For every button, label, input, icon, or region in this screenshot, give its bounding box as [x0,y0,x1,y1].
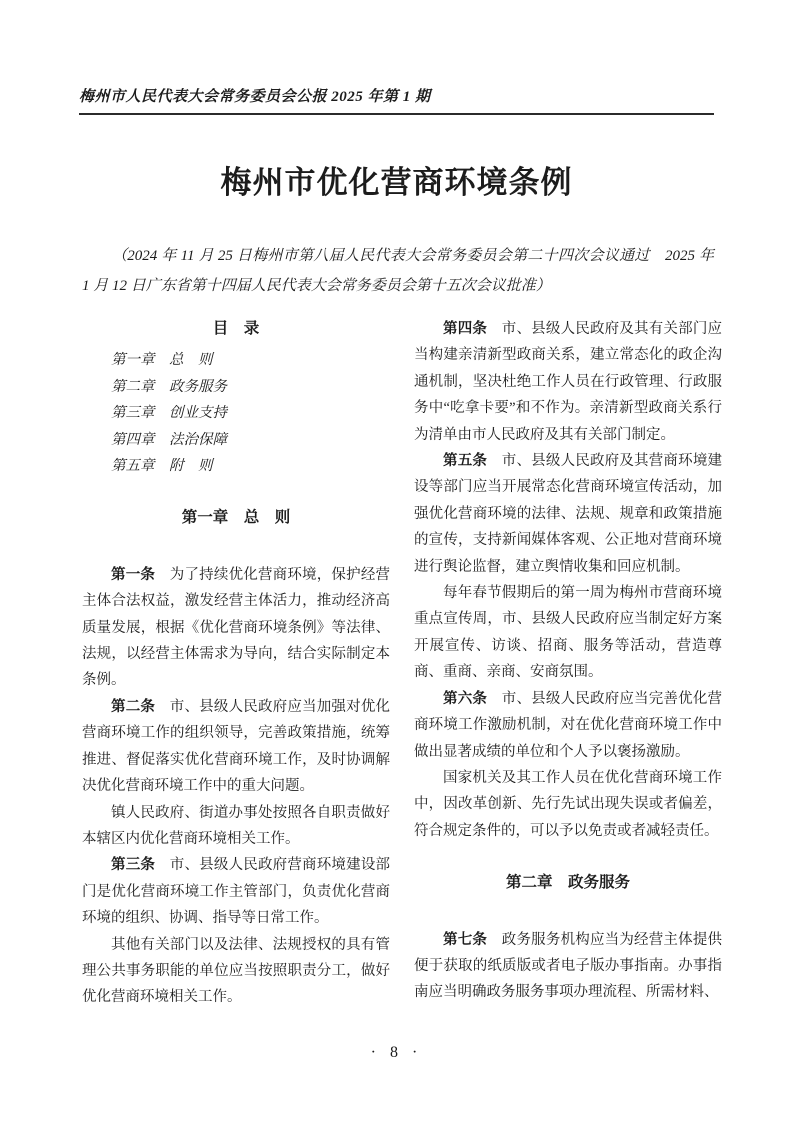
article-paragraph: 第四条 市、县级人民政府及其有关部门应当构建亲清新型政商关系，建立常态化的政企沟… [414,316,722,448]
approval-note: （2024 年 11 月 25 日梅州市第八届人民代表大会常务委员会第二十四次会… [82,241,714,301]
toc-item: 第四章 法治保障 [82,427,390,453]
page-header: 梅州市人民代表大会常务委员会公报 2025 年第 1 期 [79,88,714,115]
chapter-heading: 第二章 政务服务 [414,870,722,896]
page-footer: · 8 · [0,1044,793,1062]
toc-item: 第一章 总 则 [82,347,390,373]
page-number: · 8 · [371,1044,423,1061]
body-paragraph: 镇人民政府、街道办事处按照各自职责做好本辖区内优化营商环境相关工作。 [82,800,390,853]
article-paragraph: 第六条 市、县级人民政府应当完善优化营商环境工作激励机制，对在优化营商环境工作中… [414,686,722,765]
article-number: 第四条 [443,321,487,337]
body-paragraph: 国家机关及其工作人员在优化营商环境工作中，因改革创新、先行先试出现失误或者偏差，… [414,765,722,844]
article-paragraph: 第五条 市、县级人民政府及其营商环境建设等部门应当开展常态化营商环境宣传活动，加… [414,448,722,580]
article-number: 第一条 [111,567,155,583]
body-paragraph: 其他有关部门以及法律、法规授权的具有管理公共事务职能的单位应当按照职责分工，做好… [82,932,390,1011]
chapter-heading: 第一章 总 则 [82,505,390,531]
article-paragraph: 第一条 为了持续优化营商环境，保护经营主体合法权益，激发经营主体活力，推动经济高… [82,562,390,694]
article-paragraph: 第二条 市、县级人民政府应当加强对优化营商环境工作的组织领导，完善政策措施，统筹… [82,694,390,800]
article-number: 第二条 [111,699,155,715]
article-number: 第六条 [443,691,487,707]
body-paragraph: 每年春节假期后的第一周为梅州市营商环境重点宣传周，市、县级人民政府应当制定好方案… [414,580,722,686]
gazette-document-page: 梅州市人民代表大会常务委员会公报 2025 年第 1 期 梅州市优化营商环境条例… [0,0,793,1122]
two-column-body: 目 录第一章 总 则第二章 政务服务第三章 创业支持第四章 法治保障第五章 附 … [82,316,722,1011]
article-paragraph: 第三条 市、县级人民政府营商环境建设部门是优化营商环境工作主管部门，负责优化营商… [82,852,390,931]
toc-item: 第二章 政务服务 [82,374,390,400]
toc-item: 第五章 附 则 [82,453,390,479]
toc-title: 目 录 [82,316,390,342]
article-number: 第五条 [443,453,487,469]
article-paragraph: 第七条 政务服务机构应当为经营主体提供便于获取的纸质版或者电子版办事指南。办事指… [414,927,722,1006]
article-number: 第三条 [111,857,155,873]
table-of-contents: 第一章 总 则第二章 政务服务第三章 创业支持第四章 法治保障第五章 附 则 [82,347,390,479]
right-column: 第四条 市、县级人民政府及其有关部门应当构建亲清新型政商关系，建立常态化的政企沟… [414,316,722,1011]
left-column: 目 录第一章 总 则第二章 政务服务第三章 创业支持第四章 法治保障第五章 附 … [82,316,390,1011]
toc-item: 第三章 创业支持 [82,400,390,426]
document-title: 梅州市优化营商环境条例 [0,163,793,203]
journal-title: 梅州市人民代表大会常务委员会公报 2025 年第 1 期 [79,88,714,106]
article-number: 第七条 [443,932,487,948]
